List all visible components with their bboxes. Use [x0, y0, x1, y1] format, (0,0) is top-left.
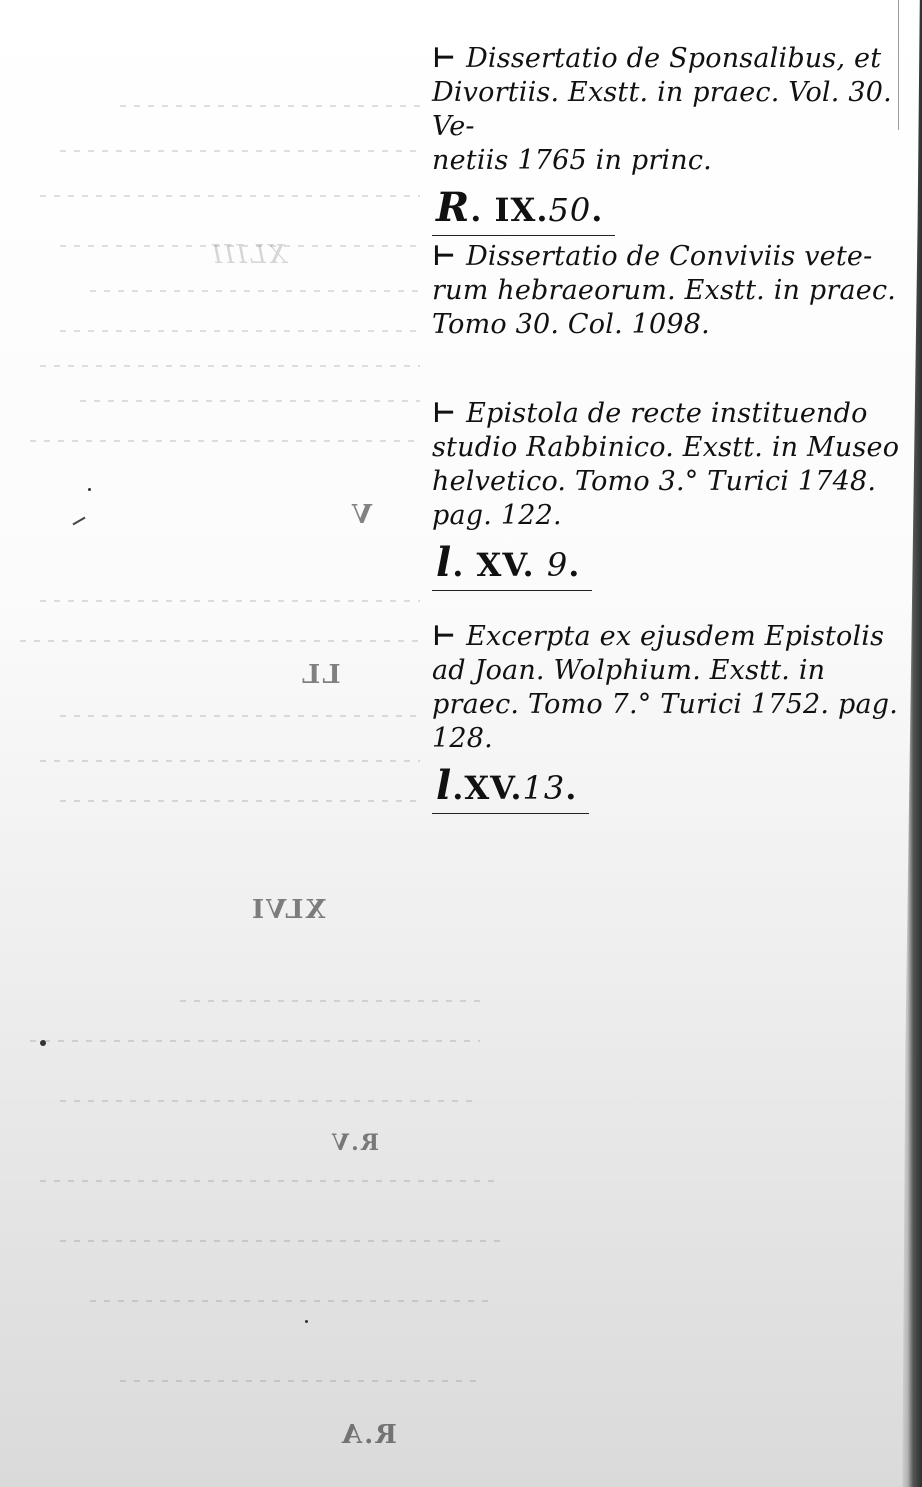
entry-line: ⊢Excerpta ex ejusdem Epistolis: [432, 620, 902, 654]
entry-line: praec. Tomo 7.° Turici 1752. pag.: [432, 688, 902, 722]
ink-stroke: [72, 517, 85, 526]
entry-line: helvetico. Tomo 3.° Turici 1748.: [432, 465, 902, 499]
manuscript-page: XLIII V LL XLVI R.V R.A ⊢Dissertatio de …: [0, 0, 922, 1487]
bleed-through-line: [30, 1040, 480, 1042]
bleed-through-line: [40, 195, 420, 197]
entry-line: 128.: [432, 722, 902, 756]
catalog-entry: ⊢Excerpta ex ejusdem Epistolis ad Joan. …: [432, 620, 902, 814]
bleed-through-line: [120, 1380, 480, 1382]
bleed-through-mark: XLIII: [210, 240, 287, 270]
bleed-through-line: [60, 715, 420, 717]
entry-line: netiis 1765 in princ.: [432, 144, 902, 178]
entry-line: ⊢Dissertatio de Sponsalibus, et: [432, 42, 902, 76]
bleed-through-line: [60, 150, 420, 152]
entry-marker-icon: ⊢: [432, 240, 456, 274]
catalog-entry: ⊢Epistola de recte instituendo studio Ra…: [432, 397, 902, 591]
bleed-through-line: [40, 1180, 500, 1182]
entry-line: pag. 122.: [432, 499, 902, 533]
ink-speck: [40, 1040, 46, 1046]
bleed-through-line: [90, 290, 420, 292]
bleed-through-line: [20, 640, 420, 642]
catalog-entry: ⊢Dissertatio de Conviviis vete- rum hebr…: [432, 240, 902, 342]
entry-line: rum hebraeorum. Exstt. in praec.: [432, 274, 902, 308]
bleed-through-line: [80, 400, 420, 402]
entry-line: Tomo 30. Col. 1098.: [432, 308, 902, 342]
entry-line: ⊢Dissertatio de Conviviis vete-: [432, 240, 902, 274]
bleed-through-mark: LL: [300, 660, 341, 690]
bleed-through-mark: V: [350, 500, 372, 530]
bleed-through-line: [40, 365, 420, 367]
binding-gutter: [900, 0, 922, 1487]
entry-line: studio Rabbinico. Exstt. in Museo: [432, 431, 902, 465]
entry-marker-icon: ⊢: [432, 42, 456, 76]
bleed-through-line: [120, 105, 420, 107]
bleed-through-mark: R.A: [340, 1420, 397, 1450]
shelfmark: l.XV.13.: [432, 762, 589, 814]
shelfmark: R. IX.50.: [432, 184, 615, 236]
bleed-through-line: [60, 800, 420, 802]
bleed-through-mark: R.V: [330, 1130, 379, 1156]
bleed-through-line: [60, 1240, 500, 1242]
bleed-through-line: [60, 1100, 480, 1102]
ink-speck: [305, 1320, 308, 1323]
entry-line: Divortiis. Exstt. in praec. Vol. 30. Ve-: [432, 76, 902, 144]
bleed-through-line: [30, 440, 420, 442]
entry-marker-icon: ⊢: [432, 620, 456, 654]
bleed-through-mark: XLVI: [250, 895, 326, 925]
entry-line: ad Joan. Wolphium. Exstt. in: [432, 654, 902, 688]
bleed-through-line: [40, 600, 420, 602]
bleed-through-line: [60, 330, 420, 332]
shelfmark: l. XV. 9.: [432, 539, 592, 591]
catalog-entry: ⊢Dissertatio de Sponsalibus, et Divortii…: [432, 42, 902, 236]
bleed-through-line: [180, 1000, 480, 1002]
ink-speck: [88, 488, 91, 491]
bleed-through-line: [90, 1300, 490, 1302]
entry-line: ⊢Epistola de recte instituendo: [432, 397, 902, 431]
entry-marker-icon: ⊢: [432, 397, 456, 431]
bleed-through-line: [40, 760, 420, 762]
